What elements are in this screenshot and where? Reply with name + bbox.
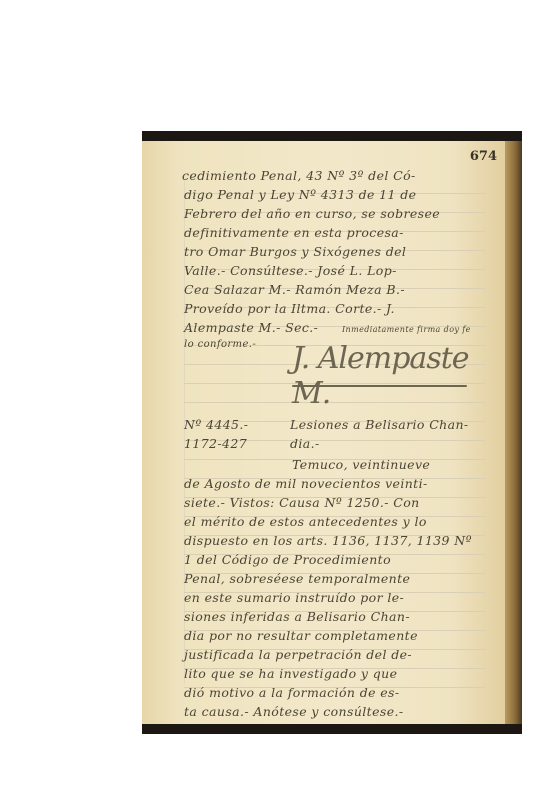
entry2-line: siones inferidas a Belisario Chan-	[184, 609, 410, 624]
entry1-line: Alempaste M.- Sec.-	[184, 320, 318, 335]
entry1-line: digo Penal y Ley Nº 4313 de 11 de	[184, 187, 416, 202]
signature: J. Alempaste M.	[292, 341, 505, 411]
entry2-line: de Agosto de mil novecientos veinti-	[184, 476, 428, 491]
book-page-edge	[505, 141, 522, 724]
entry2-title: Lesiones a Belisario Chan-	[290, 417, 469, 432]
entry2-line: Penal, sobreséese temporalmente	[184, 571, 410, 586]
entry2-line: Temuco, veintinueve	[292, 457, 430, 472]
entry1-line: Proveído por la Iltma. Corte.- J.	[184, 301, 395, 316]
ledger-page: 674 cedimiento Penal, 43 Nº 3º del Có- d…	[142, 141, 505, 724]
entry1-line: Cea Salazar M.- Ramón Meza B.-	[184, 282, 405, 297]
marginal-note: Inmediatamente firma doy fe	[342, 325, 471, 334]
entry2-line: L. Rojas González.- Julio A. Brost.-	[184, 723, 415, 724]
entry2-number: Nº 4445.-	[184, 417, 248, 432]
entry1-line: Valle.- Consúltese.- José L. Lop-	[184, 263, 397, 278]
entry2-line: ta causa.- Anótese y consúltese.-	[184, 704, 404, 719]
entry2-line: dió motivo a la formación de es-	[184, 685, 400, 700]
entry1-line: lo conforme.-	[184, 339, 256, 350]
entry1-line: Febrero del año en curso, se sobresee	[184, 206, 440, 221]
entry2-line: en este sumario instruído por le-	[184, 590, 404, 605]
entry2-line: justificada la perpetración del de-	[184, 647, 412, 662]
entry2-reference: 1172-427	[184, 436, 247, 451]
entry1-line: definitivamente en esta procesa-	[184, 225, 404, 240]
page-number: 674	[470, 149, 497, 164]
entry1-line: tro Omar Burgos y Sixógenes del	[184, 244, 406, 259]
signature-underline	[292, 385, 467, 387]
entry2-line: el mérito de estos antecedentes y lo	[184, 514, 427, 529]
entry2-title: dia.-	[290, 436, 320, 451]
entry1-line: cedimiento Penal, 43 Nº 3º del Có-	[182, 168, 416, 183]
entry2-line: 1 del Código de Procedimiento	[184, 552, 391, 567]
entry2-line: lito que se ha investigado y que	[184, 666, 397, 681]
entry2-line: dispuesto en los arts. 1136, 1137, 1139 …	[184, 533, 472, 548]
entry2-line: dia por no resultar completamente	[184, 628, 418, 643]
entry2-line: siete.- Vistos: Causa Nº 1250.- Con	[184, 495, 420, 510]
